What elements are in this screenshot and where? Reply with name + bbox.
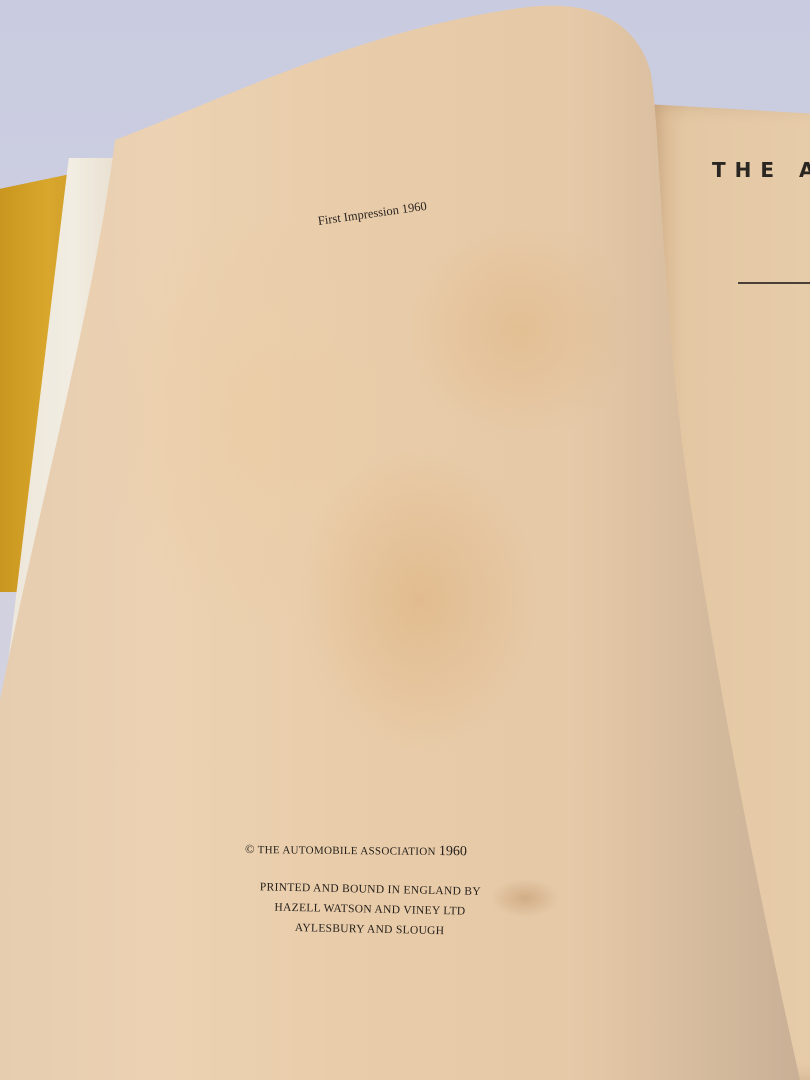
title-page-rule	[738, 282, 810, 284]
foxing-stain	[490, 878, 560, 918]
book-photo: THE A First Impression 1960 © THE AUTOMO…	[0, 0, 810, 1080]
copyright-line: © THE AUTOMOBILE ASSOCIATION 1960	[245, 842, 495, 861]
copyright-symbol-icon: ©	[245, 842, 255, 856]
title-page-heading: THE A	[712, 158, 810, 182]
copyright-holder: THE AUTOMOBILE ASSOCIATION	[258, 844, 436, 858]
copyright-year: 1960	[439, 844, 467, 859]
printer-block: PRINTED AND BOUND IN ENGLAND BY HAZELL W…	[244, 877, 495, 942]
imprint-block: © THE AUTOMOBILE ASSOCIATION 1960 PRINTE…	[245, 842, 495, 937]
